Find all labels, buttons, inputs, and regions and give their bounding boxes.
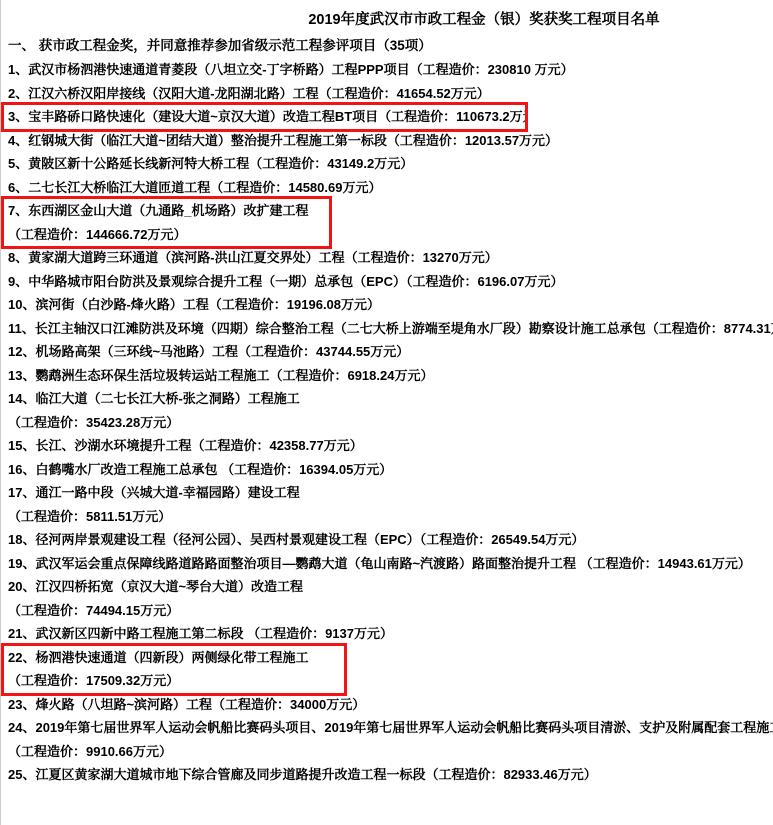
- item-number: 19、: [8, 556, 35, 571]
- project-title-text: 二七长江大桥临江大道匝道工程（工程造价：14580.69万元）: [28, 180, 381, 195]
- project-title-text: 鹦鹉洲生态环保生活垃圾转运站工程施工（工程造价：6918.24万元）: [35, 368, 433, 383]
- project-title-text: 宝丰路硚口路快速化（建设大道~京汉大道）改造工程BT项目（工程造价：110673…: [28, 109, 528, 124]
- project-line: 2、江汉六桥汉阳岸接线（汉阳大道-龙阳湖北路）工程（工程造价：41654.52万…: [8, 82, 773, 106]
- item-number: 25、: [8, 767, 35, 782]
- project-title-text: 黄陂区新十公路延长线新河特大桥工程（工程造价：43149.2万元）: [28, 156, 413, 171]
- project-title-text: 滨河街（白沙路-烽火路）工程（工程造价：19196.08万元）: [35, 297, 380, 312]
- project-item: 6、二七长江大桥临江大道匝道工程（工程造价：14580.69万元）: [8, 176, 773, 200]
- project-item: 20、江汉四桥拓宽（京汉大道~琴台大道）改造工程 （工程造价：74494.15万…: [8, 575, 773, 622]
- project-title-text: 白鹤嘴水厂改造工程施工总承包 （工程造价：16394.05万元）: [35, 462, 392, 477]
- project-line: 11、长江主轴汉口江滩防洪及环境（四期）综合整治工程（二七大桥上游端至堤角水厂段…: [8, 317, 773, 341]
- project-item: 23、烽火路（八坦路~滨河路）工程（工程造价：34000万元）: [8, 693, 773, 717]
- project-title-text: 烽火路（八坦路~滨河路）工程（工程造价：34000万元）: [35, 697, 365, 712]
- document-page: 2019年度武汉市市政工程金（银）奖获奖工程项目名单 一、 获市政工程金奖，并同…: [0, 0, 773, 825]
- item-number: 5、: [8, 156, 28, 171]
- project-item: 2、江汉六桥汉阳岸接线（汉阳大道-龙阳湖北路）工程（工程造价：41654.52万…: [8, 82, 773, 106]
- project-item: 16、白鹤嘴水厂改造工程施工总承包 （工程造价：16394.05万元）: [8, 458, 773, 482]
- project-item: 17、通江一路中段（兴城大道-幸福园路）建设工程 （工程造价：5811.51万元…: [8, 481, 773, 528]
- item-number: 10、: [8, 297, 35, 312]
- item-number: 13、: [8, 368, 35, 383]
- project-line: 6、二七长江大桥临江大道匝道工程（工程造价：14580.69万元）: [8, 176, 773, 200]
- item-number: 9、: [8, 274, 28, 289]
- project-item: 1、武汉市杨泗港快速通道青菱段（八坦立交-丁字桥路）工程PPP项目（工程造价：2…: [8, 58, 773, 82]
- item-number: 15、: [8, 438, 35, 453]
- project-item: 4、红钢城大街（临江大道~团结大道）整治提升工程施工第一标段（工程造价：1201…: [8, 129, 773, 153]
- item-number: 17、: [8, 485, 35, 500]
- project-title-text: 中华路城市阳台防洪及景观综合提升工程（一期）总承包（EPC）（工程造价：6196…: [28, 274, 563, 289]
- project-item: 18、径河两岸景观建设工程（径河公园）、吴西村景观建设工程（EPC）（工程造价：…: [8, 528, 773, 552]
- project-title-text: 机场路高架（三环线~马池路）工程（工程造价：43744.55万元）: [35, 344, 409, 359]
- project-title-text: 江汉六桥汉阳岸接线（汉阳大道-龙阳湖北路）工程（工程造价：41654.52万元）: [28, 86, 490, 101]
- project-item: 21、武汉新区四新中路工程施工第二标段 （工程造价：9137万元）: [8, 622, 773, 646]
- price-line: （工程造价：144666.72万元）: [8, 223, 329, 247]
- project-title-text: 东西湖区金山大道（九通路_机场路）改扩建工程: [28, 203, 308, 218]
- project-item: 9、中华路城市阳台防洪及景观综合提升工程（一期）总承包（EPC）（工程造价：61…: [8, 270, 773, 294]
- item-number: 8、: [8, 250, 28, 265]
- project-item-highlight-box: 22、杨泗港快速通道（四新段）两侧绿化带工程施工 （工程造价：17509.32万…: [1, 643, 347, 696]
- project-title-text: 黄家湖大道跨三环通道（滨河路-洪山江夏交界处）工程（工程造价：13270万元）: [28, 250, 497, 265]
- project-title-text: 长江主轴汉口江滩防洪及环境（四期）综合整治工程（二七大桥上游端至堤角水厂段）勘察…: [35, 321, 773, 336]
- project-line: 24、2019年第七届世界军人运动会帆船比赛码头项目、2019年第七届世界军人运…: [8, 716, 773, 740]
- price-line: （工程造价：9910.66万元）: [8, 740, 773, 764]
- project-line: 16、白鹤嘴水厂改造工程施工总承包 （工程造价：16394.05万元）: [8, 458, 773, 482]
- project-line: 1、武汉市杨泗港快速通道青菱段（八坦立交-丁字桥路）工程PPP项目（工程造价：2…: [8, 58, 773, 82]
- item-number: 7、: [8, 203, 28, 218]
- project-item: 12、机场路高架（三环线~马池路）工程（工程造价：43744.55万元）: [8, 340, 773, 364]
- project-title-text: 长江、沙湖水环境提升工程（工程造价：42358.77万元）: [35, 438, 362, 453]
- item-number: 21、: [8, 626, 35, 641]
- project-line: 12、机场路高架（三环线~马池路）工程（工程造价：43744.55万元）: [8, 340, 773, 364]
- price-line: （工程造价：74494.15万元）: [8, 599, 773, 623]
- project-line: 20、江汉四桥拓宽（京汉大道~琴台大道）改造工程: [8, 575, 773, 599]
- project-line: 22、杨泗港快速通道（四新段）两侧绿化带工程施工: [8, 646, 344, 670]
- project-item-highlight-box: 7、东西湖区金山大道（九通路_机场路）改扩建工程 （工程造价：144666.72…: [1, 196, 332, 249]
- item-number: 2、: [8, 86, 28, 101]
- title-row: 2019年度武汉市市政工程金（银）奖获奖工程项目名单: [8, 6, 773, 33]
- price-line: （工程造价：35423.28万元）: [8, 411, 773, 435]
- project-line: 15、长江、沙湖水环境提升工程（工程造价：42358.77万元）: [8, 434, 773, 458]
- project-line: 3、宝丰路硚口路快速化（建设大道~京汉大道）改造工程BT项目（工程造价：1106…: [8, 105, 525, 129]
- item-number: 4、: [8, 133, 28, 148]
- item-number: 20、: [8, 579, 35, 594]
- project-title-text: 临江大道（二七长江大桥-张之洞路）工程施工: [35, 391, 299, 406]
- project-item: 15、长江、沙湖水环境提升工程（工程造价：42358.77万元）: [8, 434, 773, 458]
- project-item-highlight-box: 3、宝丰路硚口路快速化（建设大道~京汉大道）改造工程BT项目（工程造价：1106…: [1, 102, 528, 132]
- price-line: （工程造价：5811.51万元）: [8, 505, 773, 529]
- item-number: 14、: [8, 391, 35, 406]
- project-line: 13、鹦鹉洲生态环保生活垃圾转运站工程施工（工程造价：6918.24万元）: [8, 364, 773, 388]
- item-number: 23、: [8, 697, 35, 712]
- project-item: 25、江夏区黄家湖大道城市地下综合管廊及同步道路提升改造工程一标段（工程造价：8…: [8, 763, 773, 787]
- project-item: 19、武汉军运会重点保障线路道路路面整治项目—鹦鹉大道（龟山南路~汽渡路）路面整…: [8, 552, 773, 576]
- project-line: 4、红钢城大街（临江大道~团结大道）整治提升工程施工第一标段（工程造价：1201…: [8, 129, 773, 153]
- project-title-text: 通江一路中段（兴城大道-幸福园路）建设工程: [35, 485, 299, 500]
- item-number: 16、: [8, 462, 35, 477]
- project-title-text: 武汉新区四新中路工程施工第二标段 （工程造价：9137万元）: [35, 626, 393, 641]
- item-number: 18、: [8, 532, 35, 547]
- project-item: 14、临江大道（二七长江大桥-张之洞路）工程施工 （工程造价：35423.28万…: [8, 387, 773, 434]
- project-line: 14、临江大道（二七长江大桥-张之洞路）工程施工: [8, 387, 773, 411]
- page-title: 2019年度武汉市市政工程金（银）奖获奖工程项目名单: [308, 12, 659, 28]
- item-number: 22、: [8, 650, 35, 665]
- project-line: 10、滨河街（白沙路-烽火路）工程（工程造价：19196.08万元）: [8, 293, 773, 317]
- item-number: 3、: [8, 109, 28, 124]
- project-title-text: 武汉市杨泗港快速通道青菱段（八坦立交-丁字桥路）工程PPP项目（工程造价：230…: [28, 62, 573, 77]
- project-line: 23、烽火路（八坦路~滨河路）工程（工程造价：34000万元）: [8, 693, 773, 717]
- project-title-text: 江汉四桥拓宽（京汉大道~琴台大道）改造工程: [35, 579, 303, 594]
- project-line: 8、黄家湖大道跨三环通道（滨河路-洪山江夏交界处）工程（工程造价：13270万元…: [8, 246, 773, 270]
- project-item: 13、鹦鹉洲生态环保生活垃圾转运站工程施工（工程造价：6918.24万元）: [8, 364, 773, 388]
- item-number: 11、: [8, 321, 35, 336]
- project-item: 5、黄陂区新十公路延长线新河特大桥工程（工程造价：43149.2万元）: [8, 152, 773, 176]
- price-line: （工程造价：17509.32万元）: [8, 669, 344, 693]
- item-number: 12、: [8, 344, 35, 359]
- project-title-text: 杨泗港快速通道（四新段）两侧绿化带工程施工: [35, 650, 308, 665]
- project-line: 7、东西湖区金山大道（九通路_机场路）改扩建工程: [8, 199, 329, 223]
- project-line: 9、中华路城市阳台防洪及景观综合提升工程（一期）总承包（EPC）（工程造价：61…: [8, 270, 773, 294]
- project-line: 25、江夏区黄家湖大道城市地下综合管廊及同步道路提升改造工程一标段（工程造价：8…: [8, 763, 773, 787]
- project-list: 1、武汉市杨泗港快速通道青菱段（八坦立交-丁字桥路）工程PPP项目（工程造价：2…: [8, 58, 773, 787]
- project-line: 5、黄陂区新十公路延长线新河特大桥工程（工程造价：43149.2万元）: [8, 152, 773, 176]
- project-title-text: 径河两岸景观建设工程（径河公园）、吴西村景观建设工程（EPC）（工程造价：265…: [35, 532, 584, 547]
- project-title-text: 2019年第七届世界军人运动会帆船比赛码头项目、2019年第七届世界军人运动会帆…: [35, 720, 773, 735]
- project-item: 10、滨河街（白沙路-烽火路）工程（工程造价：19196.08万元）: [8, 293, 773, 317]
- item-number: 24、: [8, 720, 35, 735]
- project-line: 17、通江一路中段（兴城大道-幸福园路）建设工程: [8, 481, 773, 505]
- project-item: 11、长江主轴汉口江滩防洪及环境（四期）综合整治工程（二七大桥上游端至堤角水厂段…: [8, 317, 773, 341]
- section-heading: 一、 获市政工程金奖，并同意推荐参加省级示范工程参评项目（35项）: [8, 33, 773, 58]
- project-title-text: 江夏区黄家湖大道城市地下综合管廊及同步道路提升改造工程一标段（工程造价：8293…: [35, 767, 596, 782]
- item-number: 6、: [8, 180, 28, 195]
- project-title-text: 武汉军运会重点保障线路道路路面整治项目—鹦鹉大道（龟山南路~汽渡路）路面整治提升…: [35, 556, 750, 571]
- project-item: 24、2019年第七届世界军人运动会帆船比赛码头项目、2019年第七届世界军人运…: [8, 716, 773, 763]
- project-line: 21、武汉新区四新中路工程施工第二标段 （工程造价：9137万元）: [8, 622, 773, 646]
- item-number: 1、: [8, 62, 28, 77]
- project-title-text: 红钢城大街（临江大道~团结大道）整治提升工程施工第一标段（工程造价：12013.…: [28, 133, 558, 148]
- project-item: 8、黄家湖大道跨三环通道（滨河路-洪山江夏交界处）工程（工程造价：13270万元…: [8, 246, 773, 270]
- project-line: 19、武汉军运会重点保障线路道路路面整治项目—鹦鹉大道（龟山南路~汽渡路）路面整…: [8, 552, 773, 576]
- project-line: 18、径河两岸景观建设工程（径河公园）、吴西村景观建设工程（EPC）（工程造价：…: [8, 528, 773, 552]
